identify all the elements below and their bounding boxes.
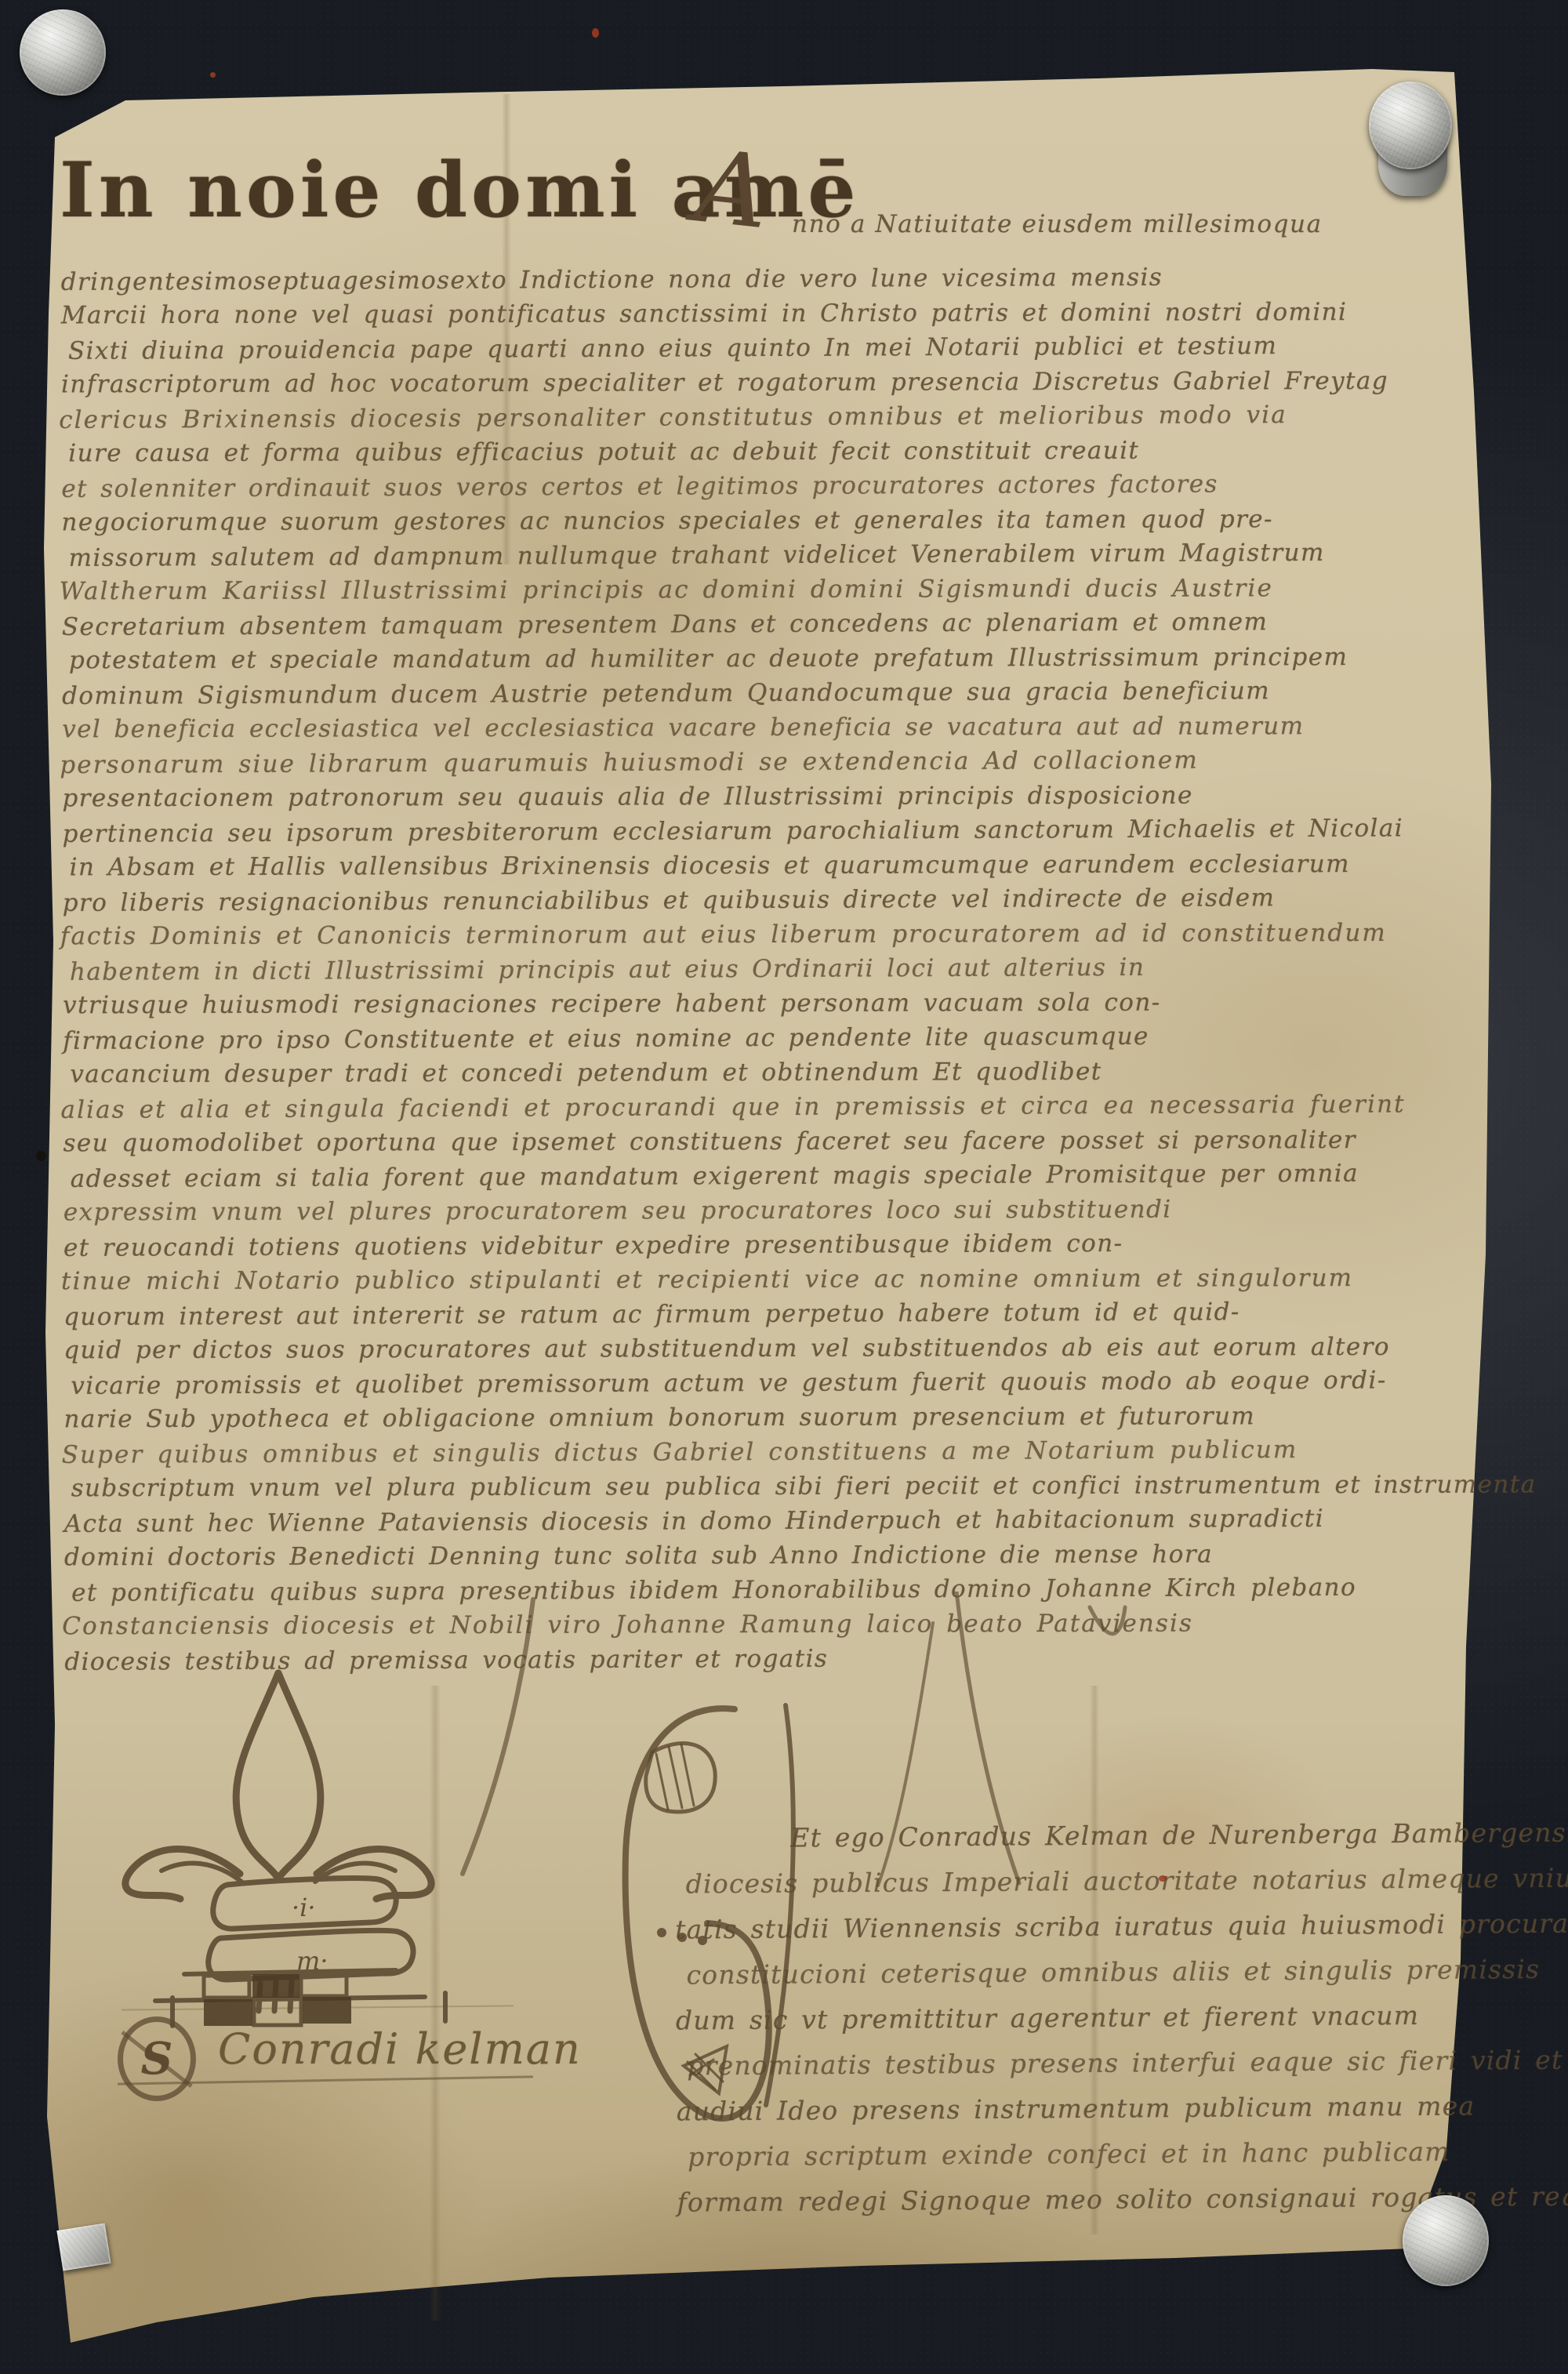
notary-signature: Conradi kelman [218, 2024, 582, 2074]
body-line: seu quomodolibet oportuna que ipsemet co… [64, 1126, 1475, 1164]
body-line: factis Dominis et Canonicis terminorum a… [60, 919, 1474, 957]
body-line: et solenniter ordinauit suos veros certo… [61, 469, 1472, 510]
body-line: alias et alia et singula faciendi et pro… [60, 1090, 1474, 1131]
round-metal-weight-icon [1369, 82, 1452, 169]
flourished-initial-A: A [690, 129, 775, 252]
body-line: vel beneficia ecclesiastica vel ecclesia… [62, 712, 1473, 750]
body-line: nno a Natiuitate eiusdem millesimoqua [792, 210, 1323, 238]
notary-attestation-block: Et ego Conradus Kelman de Nurenberga Bam… [674, 1817, 1477, 2232]
body-line: vacancium desuper tradi et concedi peten… [70, 1057, 1474, 1095]
round-metal-weight-icon [1403, 2195, 1489, 2286]
body-line: missorum salutem ad dampnum nullumque tr… [69, 538, 1473, 579]
body-line: in Absam et Hallis vallensibus Brixinens… [70, 850, 1474, 888]
body-line: et reuocandi totiens quotiens videbitur … [64, 1228, 1475, 1269]
body-line: dominum Sigismundum ducem Austrie petend… [62, 676, 1473, 717]
body-line: habentem in dicti Illustrissimi principi… [70, 952, 1474, 993]
body-line: pro liberis resignacionibus renunciabili… [63, 883, 1474, 924]
signature-initial-monogram: S [118, 2016, 196, 2101]
body-line: Secretarium absentem tamquam presentem D… [62, 607, 1473, 648]
body-line: negociorumque suorum gestores ac nuncios… [61, 505, 1472, 543]
body-line: Super quibus omnibus et singulis dictus … [62, 1435, 1475, 1476]
attestation-line: Et ego Conradus Kelman de Nurenberga Bam… [790, 1817, 1474, 1868]
red-speck [1159, 1875, 1167, 1882]
body-line: domini doctoris Benedicti Denning tunc s… [64, 1540, 1475, 1578]
body-line: presentacionem patronorum seu quauis ali… [62, 781, 1473, 819]
body-line: potestatem et speciale mandatum ad humil… [69, 643, 1473, 681]
body-line: adesset eciam si talia forent que mandat… [71, 1159, 1475, 1200]
body-line: expressim vnum vel plures procuratorem s… [64, 1195, 1475, 1233]
ribbon-letter-i: ·i· [292, 1893, 316, 1922]
ink-hole [36, 1151, 46, 1161]
body-line: quorum interest aut intererit se ratum a… [64, 1297, 1475, 1338]
body-line: pertinencia seu ipsorum presbiterorum ec… [62, 814, 1473, 855]
body-line: personarum siue librarum quarumuis huius… [60, 745, 1473, 786]
body-line: subscriptum vnum vel plura publicum seu … [71, 1471, 1475, 1509]
body-line: tinue michi Notario publico stipulanti e… [61, 1264, 1475, 1302]
body-line: Waltherum Kariissl Illustrissimi princip… [60, 574, 1473, 612]
round-metal-weight-icon [20, 9, 106, 96]
attestation-line: dum sic vt premittitur agerentur et fier… [676, 1999, 1475, 2050]
attestation-line: propria scriptum exinde confeci et in ha… [688, 2136, 1476, 2187]
body-line: vtriusque huiusmodi resignaciones recipe… [63, 988, 1474, 1026]
notary-mark-fleur-de-lis: ·i· m· [110, 1664, 470, 2032]
body-line: firmacione pro ipso Constituente et eius… [63, 1021, 1474, 1062]
ribbon-letter-m: m· [296, 1946, 328, 1976]
body-line: iure causa et forma quibus efficacius po… [68, 436, 1472, 474]
attestation-line: formam redegi Signoque meo solito consig… [677, 2181, 1476, 2232]
red-speck [210, 72, 216, 78]
body-line: clericus Brixinensis diocesis personalit… [59, 400, 1472, 441]
square-metal-weight-icon [56, 2223, 111, 2271]
charter-text-block: dringentesimoseptuagesimosexto Indiction… [61, 263, 1476, 1682]
body-line: Acta sunt hec Wienne Pataviensis diocesi… [64, 1504, 1475, 1545]
body-line: dringentesimoseptuagesimosexto Indiction… [61, 262, 1472, 303]
body-line: narie Sub ypotheca et obligacione omnium… [64, 1402, 1475, 1440]
body-line: quid per dictos suos procuratores aut su… [64, 1333, 1475, 1371]
attestation-line: prenominatis testibus presens interfui e… [687, 2045, 1475, 2096]
attestation-line: audiui Ideo presens instrumentum publicu… [677, 2090, 1476, 2141]
body-line: Sixti diuina prouidencia pape quarti ann… [68, 331, 1472, 372]
red-speck [592, 28, 599, 38]
body-line: vicarie promissis et quolibet premissoru… [71, 1366, 1475, 1407]
attestation-line: constitucioni ceterisque omnibus aliis e… [686, 1954, 1475, 2005]
attestation-line: diocesis publicus Imperiali auctoritate … [686, 1863, 1475, 1914]
body-line: infrascriptorum ad hoc vocatorum special… [61, 367, 1472, 405]
photograph-of-parchment-charter: In noie domi amē A nno a Natiuitate eius… [0, 0, 1568, 2374]
body-line: Marcii hora none vel quasi pontificatus … [61, 298, 1472, 336]
attestation-line: tatis studii Wiennensis scriba iuratus q… [675, 1908, 1475, 1959]
